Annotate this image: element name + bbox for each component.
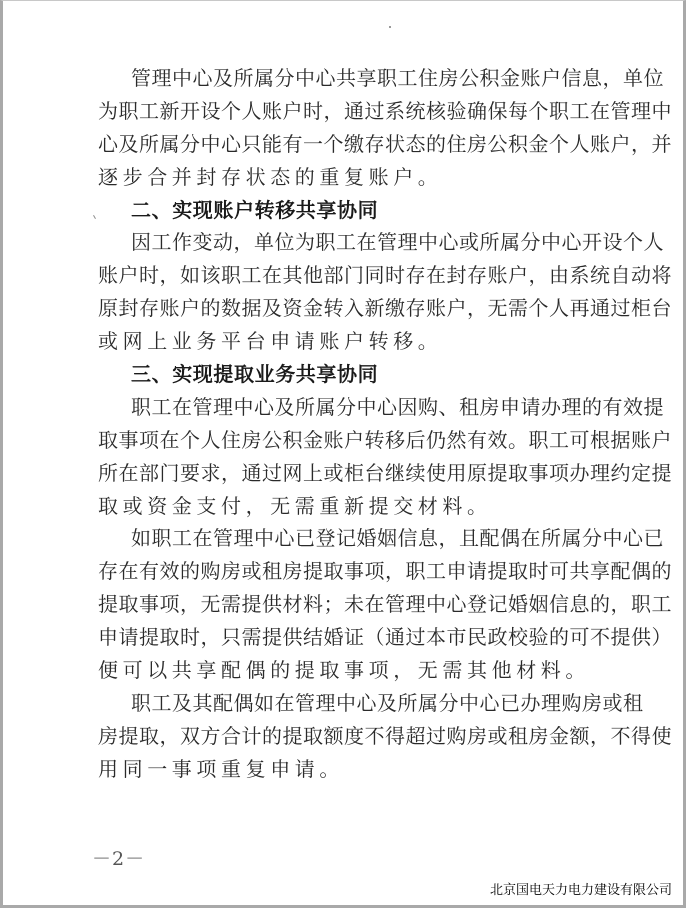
text-line: 用同一事项重复申请。: [98, 753, 601, 786]
page-number: －2－: [92, 844, 145, 871]
text-line: 管理中心及所属分中心共享职工住房公积金账户信息，单位: [98, 62, 601, 95]
scan-speck: [389, 26, 391, 28]
text-line: 取事项在个人住房公积金账户转移后仍然有效。职工可根据账户: [98, 424, 601, 457]
text-line: 原封存账户的数据及资金转入新缴存账户，无需个人再通过柜台: [98, 292, 601, 325]
text-line: 存在有效的购房或租房提取事项，职工申请提取时可共享配偶的: [98, 555, 601, 588]
text-line: 职工及其配偶如在管理中心及所属分中心已办理购房或租: [98, 687, 601, 720]
paragraph-account-info-sharing: 管理中心及所属分中心共享职工住房公积金账户信息，单位 为职工新开设个人账户时，通…: [98, 62, 601, 194]
text-line: 账户时，如该职工在其他部门同时存在封存账户，由系统自动将: [98, 259, 601, 292]
text-line: 房提取，双方合计的提取额度不得超过购房或租房金额，不得使: [98, 720, 601, 753]
text-line: 如职工在管理中心已登记婚姻信息，且配偶在所属分中心已: [98, 522, 601, 555]
company-watermark: 北京国电天力电力建设有限公司: [490, 879, 672, 898]
section-heading-withdrawal-sharing: 三、实现提取业务共享协同: [98, 358, 601, 391]
text-line: 便可以共享配偶的提取事项，无需其他材料。: [98, 654, 601, 687]
text-line: 或网上业务平台申请账户转移。: [98, 325, 601, 358]
text-line: 所在部门要求，通过网上或柜台继续使用原提取事项办理约定提: [98, 457, 601, 490]
paragraph-withdrawal-limit: 职工及其配偶如在管理中心及所属分中心已办理购房或租 房提取，双方合计的提取额度不…: [98, 687, 601, 786]
document-page: 管理中心及所属分中心共享职工住房公积金账户信息，单位 为职工新开设个人账户时，通…: [0, 0, 686, 908]
text-line: 心及所属分中心只能有一个缴存状态的住房公积金个人账户，并: [98, 128, 601, 161]
section-heading-account-transfer: 二、实现账户转移共享协同: [98, 194, 601, 227]
text-line: 提取事项，无需提供材料；未在管理中心登记婚姻信息的，职工: [98, 588, 601, 621]
text-line: 因工作变动，单位为职工在管理中心或所属分中心开设个人: [98, 226, 601, 259]
text-line: 职工在管理中心及所属分中心因购、租房申请办理的有效提: [98, 391, 601, 424]
text-line: 申请提取时，只需提供结婚证（通过本市民政校验的可不提供）: [98, 621, 601, 654]
scan-mark: [93, 215, 96, 219]
document-body: 管理中心及所属分中心共享职工住房公积金账户信息，单位 为职工新开设个人账户时，通…: [98, 62, 601, 786]
text-line: 逐步合并封存状态的重复账户。: [98, 161, 601, 194]
paragraph-withdrawal-validity: 职工在管理中心及所属分中心因购、租房申请办理的有效提 取事项在个人住房公积金账户…: [98, 391, 601, 523]
text-line: 取或资金支付，无需重新提交材料。: [98, 490, 601, 523]
paragraph-spouse-sharing: 如职工在管理中心已登记婚姻信息，且配偶在所属分中心已 存在有效的购房或租房提取事…: [98, 522, 601, 686]
paragraph-account-transfer: 因工作变动，单位为职工在管理中心或所属分中心开设个人 账户时，如该职工在其他部门…: [98, 226, 601, 358]
text-line: 为职工新开设个人账户时，通过系统核验确保每个职工在管理中: [98, 95, 601, 128]
